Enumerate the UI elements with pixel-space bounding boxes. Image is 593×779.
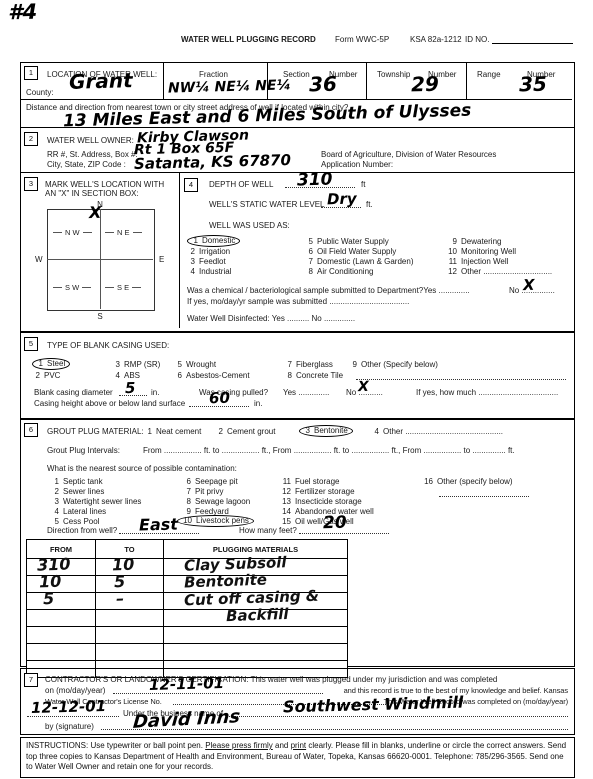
- grout-option-label: Neat cement: [156, 427, 201, 436]
- contam-option-label: Sewer lines: [63, 487, 104, 496]
- certification-line1: CONTRACTOR'S OR LANDOWNER'S CERTIFICATIO…: [45, 675, 497, 684]
- section-6-number: 6: [24, 423, 38, 437]
- contam-option-4: 4Lateral lines: [53, 507, 106, 516]
- casing-option-label: PVC: [44, 371, 60, 380]
- direction-label: Direction from well?: [47, 526, 117, 535]
- county-value: Grant: [69, 68, 133, 94]
- chem-sample-no-mark: X: [523, 276, 535, 294]
- form-number: Form WWC-5P: [335, 35, 389, 44]
- section-3-number: 3: [24, 177, 38, 191]
- feet-value: 20: [323, 513, 347, 534]
- grout-option-num: 1: [146, 427, 152, 436]
- grout-option-2: 2Cement grout: [217, 427, 275, 436]
- static-level-value: Dry: [327, 190, 357, 209]
- statute-reference: KSA 82a-1212: [410, 35, 462, 44]
- use-option-1: 1Domestic: [187, 236, 240, 245]
- section-5-casing: 5 TYPE OF BLANK CASING USED: 1Steel 3RMP…: [20, 332, 575, 420]
- dash: [132, 287, 141, 288]
- instructions-box: INSTRUCTIONS: Use typewriter or ball poi…: [20, 737, 575, 778]
- contam-option-num: 16: [421, 477, 433, 486]
- section-value: 36: [309, 72, 337, 97]
- use-option-num: 1: [192, 236, 198, 245]
- use-option-label: Feedlot: [199, 257, 226, 266]
- contam-option-label: Fertilizer storage: [295, 487, 355, 496]
- disinfected-line: Water Well Disinfected: Yes .......... N…: [187, 314, 355, 323]
- contam-option-num: 14: [279, 507, 291, 516]
- casing-option-7: 7Fiberglass: [286, 360, 333, 369]
- grout-option-num: 4: [373, 427, 379, 436]
- diameter-unit: in.: [151, 388, 159, 397]
- section-1-number: 1: [24, 66, 38, 80]
- cell-material: [164, 644, 348, 661]
- depth-label: DEPTH OF WELL: [209, 180, 273, 189]
- instructions-part1: Use typewriter or ball point pen.: [88, 741, 205, 750]
- contam-option-1: 1Septic tank: [53, 477, 103, 486]
- casing-option-num: 9: [351, 360, 357, 369]
- circle-mark-steel: 1Steel: [32, 358, 70, 370]
- contam-option-7: 7Pit privy: [181, 487, 223, 496]
- use-option-num: 9: [445, 237, 457, 246]
- casing-option-label: Steel: [47, 359, 65, 368]
- plugging-materials-table: FROM TO PLUGGING MATERIALS 31010Clay Sub…: [26, 539, 348, 678]
- contam-option-label: Sewage lagoon: [195, 497, 250, 506]
- cell-to: 5: [96, 576, 164, 593]
- casing-option-label: Wrought: [186, 360, 216, 369]
- section-3-title-line2: AN "X" IN SECTION BOX:: [45, 189, 139, 198]
- city-label: City, State, ZIP Code :: [47, 160, 126, 169]
- use-option-label: Industrial: [199, 267, 231, 276]
- casing-option-num: 6: [176, 371, 182, 380]
- section-4-number: 4: [184, 178, 198, 192]
- use-option-num: 7: [305, 257, 313, 266]
- record-date-value: 12-12-01: [31, 697, 107, 717]
- contamination-question: What is the nearest source of possible c…: [47, 464, 237, 473]
- casing-option-9: 9Other (Specify below): [351, 360, 438, 369]
- casing-option-num: 4: [114, 371, 120, 380]
- contam-option-label: Other (specify below): [437, 477, 513, 486]
- instructions-underline2: print: [291, 741, 307, 750]
- grout-option-label: Cement grout: [227, 427, 275, 436]
- contam-option-num: 7: [181, 487, 191, 496]
- contam-option-label: Lateral lines: [63, 507, 106, 516]
- compass-east-label: E: [159, 255, 164, 264]
- use-option-2: 2Irrigation: [189, 247, 230, 256]
- contam-option-2: 2Sewer lines: [53, 487, 104, 496]
- casing-pulled-yes: Yes ..............: [283, 388, 329, 397]
- casing-option-label: RMP (SR): [124, 360, 160, 369]
- section-5-title: TYPE OF BLANK CASING USED:: [47, 341, 169, 350]
- chem-sample-question: Was a chemical / bacteriological sample …: [187, 286, 470, 295]
- contam-option-label: Cess Pool: [63, 517, 99, 526]
- city-value: Satanta, KS 67870: [134, 151, 291, 173]
- instructions-underline1: Please press firmly: [205, 741, 273, 750]
- address-label: RR #, St. Address, Box #:: [47, 150, 138, 159]
- contam-option-label: Watertight sewer lines: [63, 497, 141, 506]
- form-title: WATER WELL PLUGGING RECORD: [181, 35, 316, 44]
- contam-option-16: 16Other (specify below): [421, 477, 513, 486]
- use-option-7: 7Domestic (Lawn & Garden): [305, 257, 413, 266]
- water-well-plugging-record-form: #4 WATER WELL PLUGGING RECORD Form WWC-5…: [0, 0, 593, 779]
- application-number-label: Application Number:: [321, 160, 393, 169]
- grout-option-3: 3Bentonite: [299, 426, 353, 435]
- instructions-label: INSTRUCTIONS:: [26, 741, 88, 750]
- contam-option-label: Septic tank: [63, 477, 103, 486]
- casing-option-num: 3: [114, 360, 120, 369]
- contam-option-6: 6Seepage pit: [181, 477, 238, 486]
- if-yes-line: If yes, mo/day/yr sample was submitted .…: [187, 297, 409, 306]
- use-option-3: 3Feedlot: [189, 257, 226, 266]
- cell-value: –: [116, 589, 125, 608]
- quadrant-ne-label: N E: [117, 228, 130, 237]
- direction-value: East: [139, 514, 178, 534]
- cell-from: [27, 627, 96, 644]
- section-3-title-line1: MARK WELL'S LOCATION WITH: [45, 180, 164, 189]
- depth-unit: ft: [361, 180, 365, 189]
- use-option-label: Oil Field Water Supply: [317, 247, 396, 256]
- use-option-num: 8: [305, 267, 313, 276]
- dash: [83, 232, 92, 233]
- diameter-value: 5: [125, 379, 136, 397]
- intervals-blanks: From ................. ft. to ..........…: [143, 446, 515, 455]
- use-option-12: 12Other ...............................: [445, 267, 552, 276]
- contam-option-num: 5: [53, 517, 59, 526]
- section-2-number: 2: [24, 132, 38, 146]
- well-location-x-mark: X: [89, 203, 102, 222]
- grout-option-1: 1Neat cement: [146, 427, 201, 436]
- table-row: [27, 627, 348, 644]
- static-level-label: WELL'S STATIC WATER LEVEL: [209, 200, 324, 209]
- use-option-label: Domestic: [202, 236, 235, 245]
- use-option-label: Dewatering: [461, 237, 501, 246]
- casing-option-num: 7: [286, 360, 292, 369]
- dash: [105, 287, 114, 288]
- on-date-label: on (mo/day/year): [45, 686, 105, 695]
- casing-option-1: 1Steel: [32, 359, 70, 368]
- signature-label: by (signature): [45, 722, 94, 731]
- cell-from: 10: [27, 576, 96, 593]
- grid-horizontal-midline: [47, 259, 153, 260]
- id-no-blank: [492, 36, 573, 44]
- use-option-8: 8Air Conditioning: [305, 267, 373, 276]
- divider: [163, 63, 164, 99]
- contam-option-label: Fuel storage: [295, 477, 339, 486]
- page-annotation: #4: [8, 0, 38, 24]
- static-level-unit: ft.: [366, 200, 373, 209]
- grout-option-label: Other ..................................…: [383, 427, 503, 436]
- dash: [105, 232, 114, 233]
- casing-option-label: Asbestos-Cement: [186, 371, 250, 380]
- id-no-label: ID NO.: [465, 35, 489, 44]
- section-6-grout: 6 GROUT PLUG MATERIAL: 1Neat cement 2Cem…: [20, 418, 575, 667]
- cell-to: 10: [96, 559, 164, 576]
- cell-value: Backfill: [226, 605, 289, 625]
- cell-to: [96, 610, 164, 627]
- use-option-label: Injection Well: [461, 257, 508, 266]
- contam-option-num: 10: [182, 516, 192, 525]
- cell-to: [96, 644, 164, 661]
- contam-option-num: 6: [181, 477, 191, 486]
- contam-option-5: 5Cess Pool: [53, 517, 99, 526]
- casing-option-8: 8Concrete Tile: [286, 371, 343, 380]
- range-col-label: Range: [477, 70, 501, 79]
- use-option-4: 4Industrial: [189, 267, 231, 276]
- divider: [267, 63, 268, 99]
- casing-option-num: 1: [37, 359, 43, 368]
- contam-option-num: 1: [53, 477, 59, 486]
- fraction-label: Fraction: [199, 70, 228, 79]
- section-7-number: 7: [24, 673, 38, 687]
- owner-label: WATER WELL OWNER:: [47, 136, 134, 145]
- section-col-label: Section: [283, 70, 310, 79]
- casing-option-num: 5: [176, 360, 182, 369]
- divider: [466, 63, 467, 99]
- use-option-10: 10Monitoring Well: [445, 247, 516, 256]
- section-7-certification: 7 CONTRACTOR'S OR LANDOWNER'S CERTIFICAT…: [20, 668, 575, 735]
- contam-option-num: 2: [53, 487, 59, 496]
- use-option-num: 3: [189, 257, 195, 266]
- section-5-number: 5: [24, 337, 38, 351]
- casing-option-2: 2PVC: [34, 371, 60, 380]
- use-option-label: Public Water Supply: [317, 237, 389, 246]
- cell-material: Backfill: [164, 610, 348, 627]
- casing-height-value: 60: [209, 389, 230, 408]
- circle-mark-domestic: 1Domestic: [187, 235, 240, 247]
- feet-label: How many feet?: [239, 526, 297, 535]
- compass-south-label: S: [33, 312, 167, 321]
- table-header-row: FROM TO PLUGGING MATERIALS: [27, 540, 348, 559]
- contam-option-num: 13: [279, 497, 291, 506]
- dash: [53, 232, 62, 233]
- use-option-11: 11Injection Well: [445, 257, 508, 266]
- circle-mark-bentonite: 3Bentonite: [299, 425, 353, 437]
- cell-from: 5: [27, 593, 96, 610]
- use-option-label: Irrigation: [199, 247, 230, 256]
- how-much-label: If yes, how much .......................…: [416, 388, 558, 397]
- use-option-label: Other ...............................: [461, 267, 552, 276]
- casing-pulled-no-mark: X: [358, 379, 369, 395]
- dash: [53, 287, 62, 288]
- use-option-num: 11: [445, 257, 457, 266]
- casing-option-5: 5Wrought: [176, 360, 216, 369]
- quadrant-sw-label: S W: [65, 283, 79, 292]
- table-row: 5–Cut off casing &: [27, 593, 348, 610]
- completed-date-value: 12-11-01: [149, 674, 225, 694]
- casing-option-label: Fiberglass: [296, 360, 333, 369]
- use-option-num: 10: [445, 247, 457, 256]
- casing-option-num: 8: [286, 371, 292, 380]
- section-2-owner: 2 WATER WELL OWNER: Kirby Clawson RR #, …: [20, 127, 575, 173]
- contam-option-num: 15: [279, 517, 291, 526]
- use-option-label: Domestic (Lawn & Garden): [317, 257, 413, 266]
- township-col-label: Township: [377, 70, 410, 79]
- agency-label: Board of Agriculture, Division of Water …: [321, 150, 496, 159]
- contam-other-blank: [439, 489, 529, 497]
- quadrant-se-label: S E: [117, 283, 129, 292]
- use-option-num: 2: [189, 247, 195, 256]
- cell-from: [27, 610, 96, 627]
- contam-option-num: 8: [181, 497, 191, 506]
- compass-west-label: W: [35, 255, 43, 264]
- cell-to: [96, 627, 164, 644]
- divider: [21, 99, 572, 100]
- quadrant-ne: N E: [105, 228, 142, 237]
- cell-value: 5: [43, 589, 55, 608]
- section-3-4: 3 MARK WELL'S LOCATION WITH AN "X" IN SE…: [20, 172, 575, 332]
- contam-option-8: 8Sewage lagoon: [181, 497, 250, 506]
- dash: [82, 287, 91, 288]
- quadrant-nw: N W: [53, 228, 92, 237]
- cell-from: [27, 644, 96, 661]
- county-label: County:: [26, 88, 54, 97]
- contam-option-3: 3Watertight sewer lines: [53, 497, 141, 506]
- casing-option-6: 6Asbestos-Cement: [176, 371, 250, 380]
- quadrant-nw-label: N W: [65, 228, 80, 237]
- contam-option-num: 9: [181, 507, 191, 516]
- range-value: 35: [519, 72, 547, 97]
- casing-option-label: Concrete Tile: [296, 371, 343, 380]
- cell-material: [164, 627, 348, 644]
- depth-value: 310: [297, 170, 333, 191]
- instructions-text: INSTRUCTIONS: Use typewriter or ball poi…: [26, 741, 569, 773]
- section-6-title: GROUT PLUG MATERIAL:: [47, 427, 144, 436]
- contam-option-12: 12Fertilizer storage: [279, 487, 355, 496]
- section-1-location: 1 LOCATION OF WATER WELL: County: Grant …: [20, 62, 575, 128]
- fraction-value: NW¼ NE¼ NE¼: [168, 77, 291, 96]
- table-row: [27, 644, 348, 661]
- grout-option-num: 3: [304, 426, 310, 435]
- casing-height-unit: in.: [254, 399, 262, 408]
- contam-option-num: 11: [279, 477, 291, 486]
- section-location-grid: N S W E N W N E S W S E X: [33, 203, 167, 325]
- cell-to: –: [96, 593, 164, 610]
- section-box-square: [47, 209, 155, 311]
- well-used-as-title: WELL WAS USED AS:: [209, 221, 290, 230]
- intervals-label: Grout Plug Intervals:: [47, 446, 120, 455]
- casing-other-blank: [356, 372, 566, 380]
- contam-option-label: Livestock pens: [196, 516, 249, 525]
- township-value: 29: [411, 72, 439, 97]
- divider: [366, 63, 367, 99]
- use-option-num: 6: [305, 247, 313, 256]
- use-option-6: 6Oil Field Water Supply: [305, 247, 396, 256]
- contam-option-num: 4: [53, 507, 59, 516]
- contam-option-label: Seepage pit: [195, 477, 238, 486]
- casing-option-num: 2: [34, 371, 40, 380]
- contam-option-10: 10Livestock pens: [177, 516, 254, 525]
- casing-height-label: Casing height above or below land surfac…: [34, 399, 185, 408]
- grout-option-label: Bentonite: [314, 426, 348, 435]
- contam-option-13: 13Insecticide storage: [279, 497, 362, 506]
- contam-option-11: 11Fuel storage: [279, 477, 339, 486]
- casing-option-label: Other (Specify below): [361, 360, 438, 369]
- dash: [133, 232, 142, 233]
- contam-option-num: 12: [279, 487, 291, 496]
- grout-option-num: 2: [217, 427, 223, 436]
- use-option-label: Monitoring Well: [461, 247, 516, 256]
- use-option-9: 9Dewatering: [445, 237, 501, 246]
- quadrant-se: S E: [105, 283, 141, 292]
- use-option-label: Air Conditioning: [317, 267, 373, 276]
- table-row: Backfill: [27, 610, 348, 627]
- contam-option-label: Insecticide storage: [295, 497, 362, 506]
- use-option-5: 5Public Water Supply: [305, 237, 389, 246]
- contam-option-label: Pit privy: [195, 487, 223, 496]
- use-option-num: 12: [445, 267, 457, 276]
- use-option-num: 4: [189, 267, 195, 276]
- instructions-mid: and: [273, 741, 291, 750]
- contam-option-num: 3: [53, 497, 59, 506]
- diameter-label: Blank casing diameter: [34, 388, 113, 397]
- casing-option-3: 3RMP (SR): [114, 360, 160, 369]
- grout-option-4: 4Other .................................…: [373, 427, 503, 436]
- section-4: 4 DEPTH OF WELL ft 310 WELL'S STATIC WAT…: [179, 173, 574, 331]
- quadrant-sw: S W: [53, 283, 91, 292]
- use-option-num: 5: [305, 237, 313, 246]
